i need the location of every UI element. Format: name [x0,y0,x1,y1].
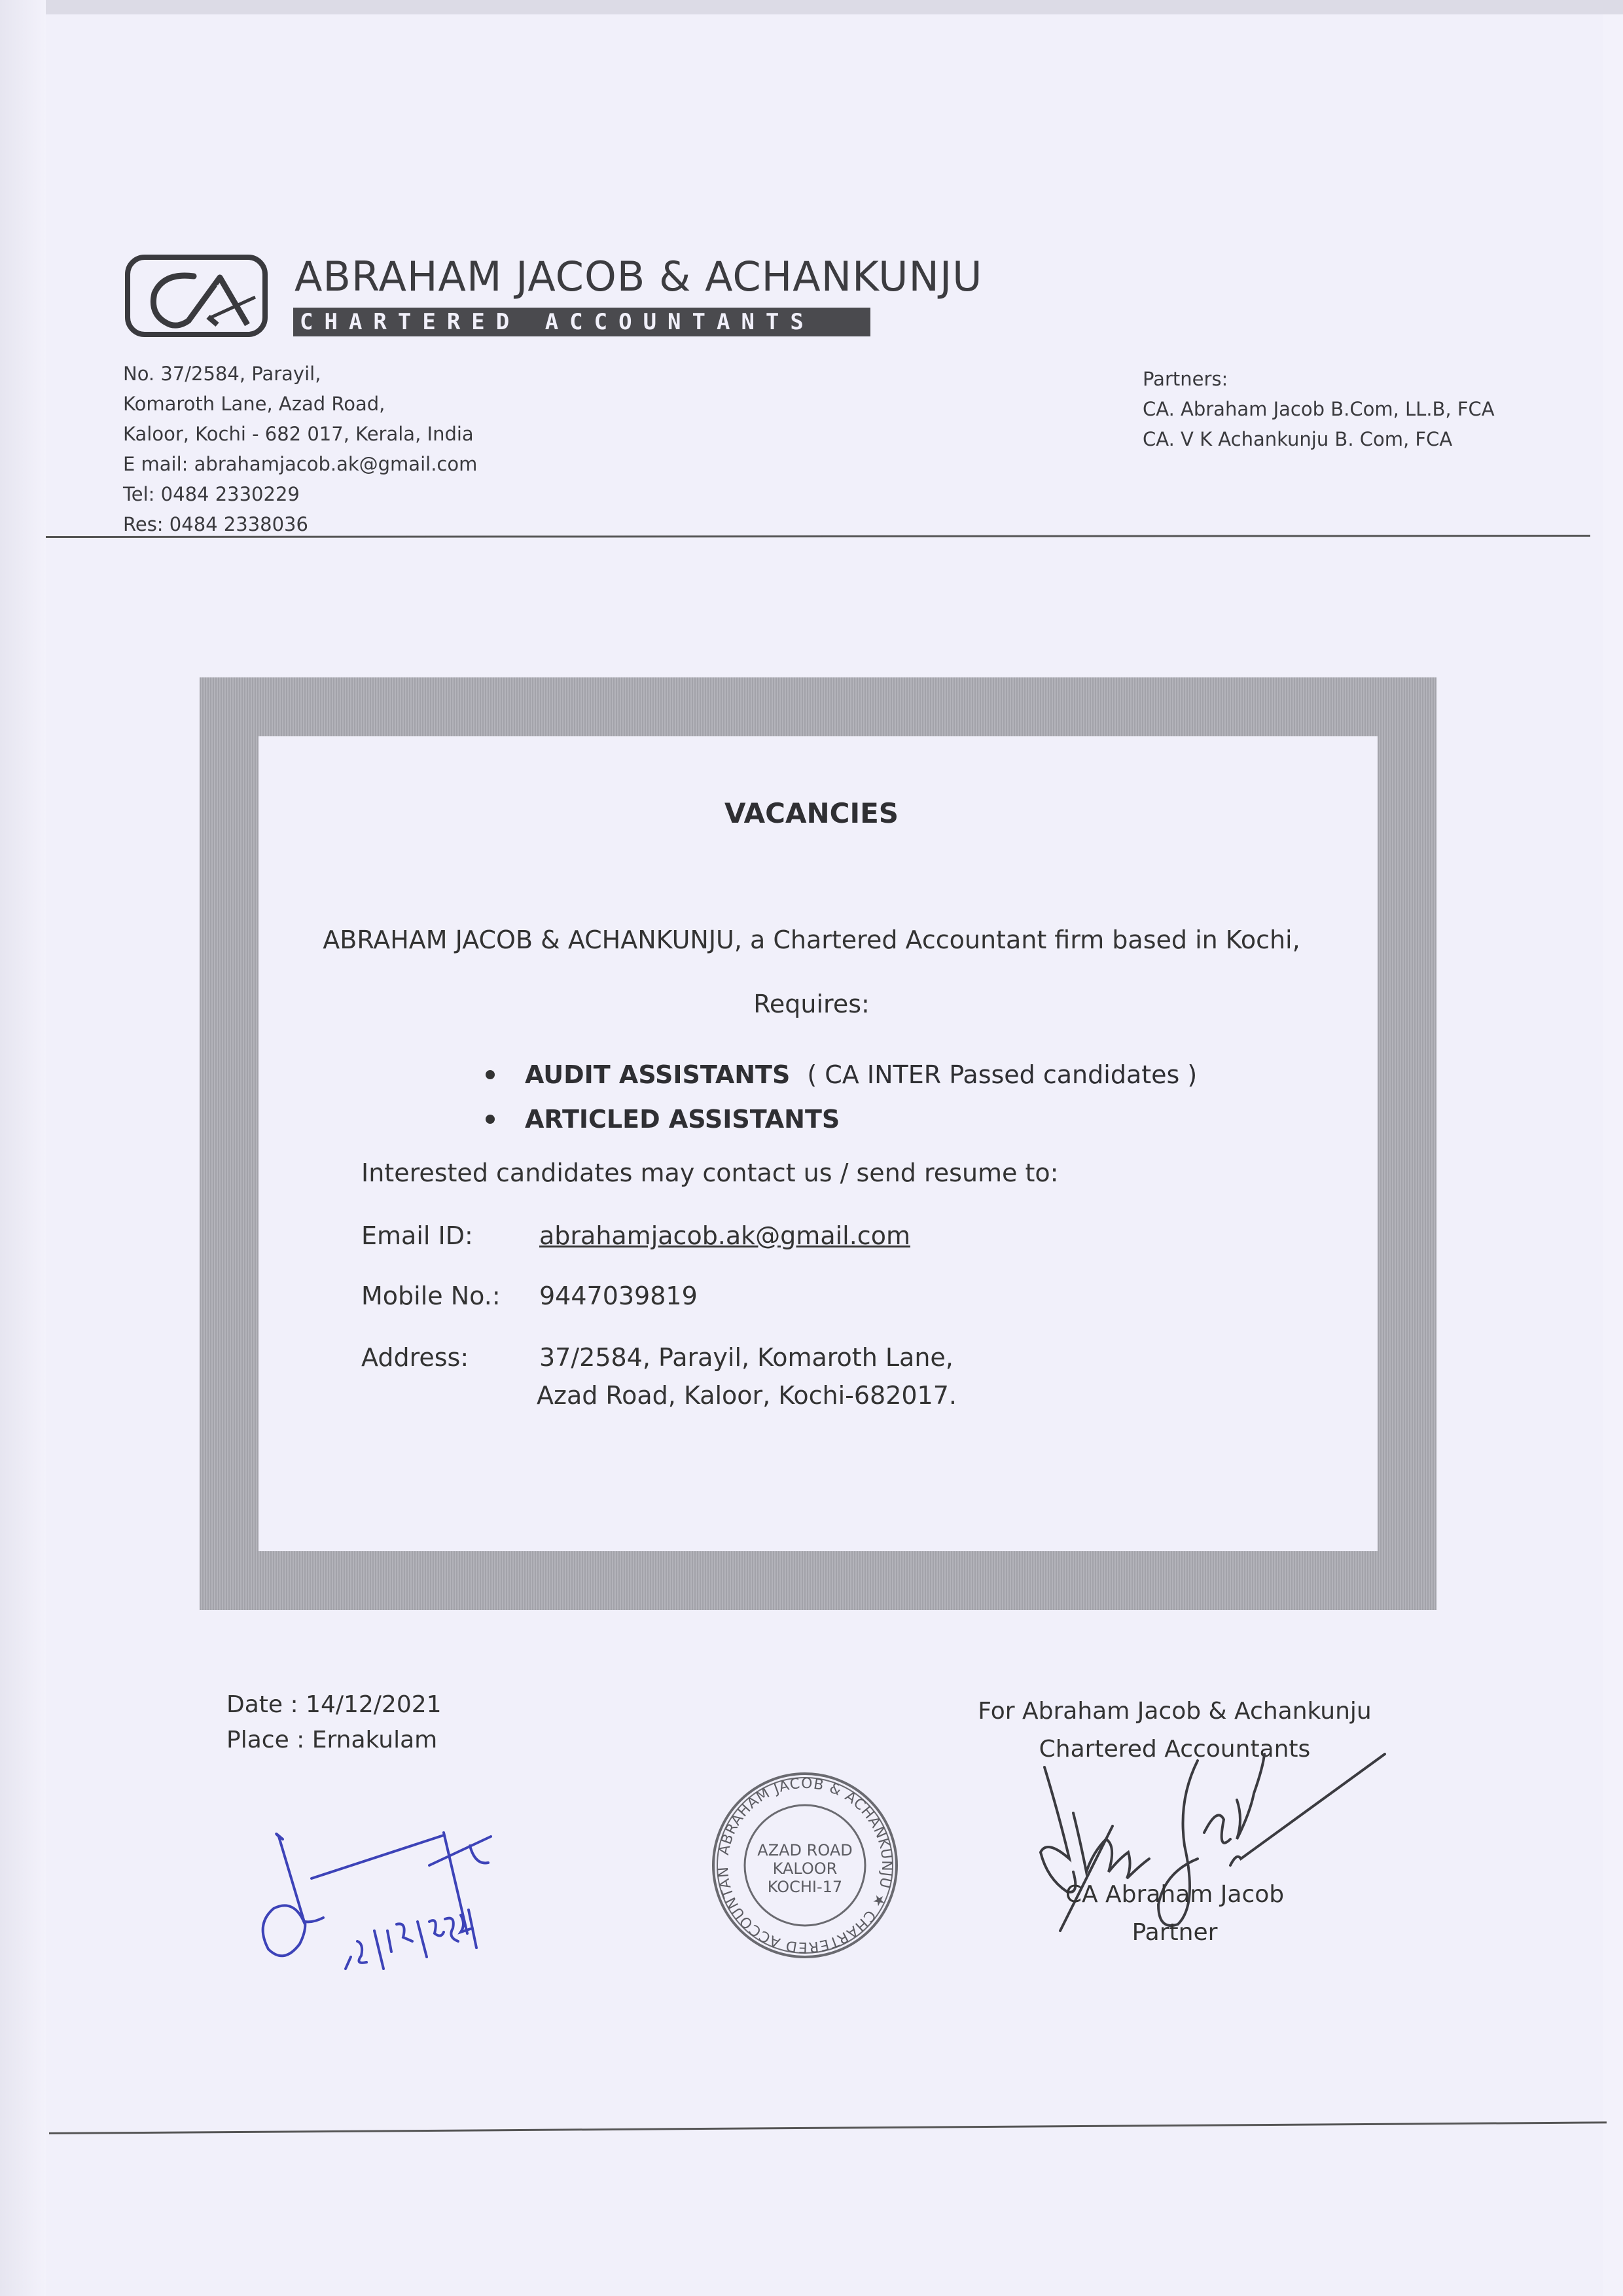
firm-name: ABRAHAM JACOB & ACHANKUNJU [294,253,983,300]
scan-edge-left [0,0,46,2296]
address-line: Kaloor, Kochi - 682 017, Kerala, India [123,419,477,449]
list-item: ARTICLED ASSISTANTS [486,1097,1197,1141]
letterhead-email: E mail: abrahamjacob.ak@gmail.com [123,449,477,479]
signatory-role: Partner [962,1914,1387,1952]
partners-label: Partners: [1143,364,1495,394]
handwritten-date: 15/12/2021 [236,1793,296,1796]
bullet-icon [486,1115,495,1124]
notice-requires: Requires: [0,990,1623,1018]
seal-line: AZAD ROAD [757,1841,852,1859]
address-line: Azad Road, Kaloor, Kochi-682017. [537,1381,957,1410]
list-item: AUDIT ASSISTANTS ( CA INTER Passed candi… [486,1052,1197,1097]
position-note: ( CA INTER Passed candidates ) [807,1060,1197,1089]
seal-line: KALOOR [773,1859,838,1878]
company-seal-icon: ABRAHAM JACOB & ACHANKUNJU ★ CHARTERED A… [707,1767,903,1964]
signatory-block: CA Abraham Jacob Partner [962,1876,1387,1952]
position-title: ARTICLED ASSISTANTS [525,1105,840,1134]
letterhead-tel: Tel: 0484 2330229 [123,479,477,509]
mobile-label: Mobile No.: [361,1282,501,1310]
handwritten-signature-icon: 15/12/2021 [236,1793,510,1977]
notice-title: VACANCIES [0,797,1623,829]
for-firm-line: For Abraham Jacob & Achankunju [962,1693,1387,1731]
address-line: 37/2584, Parayil, Komaroth Lane, [539,1343,954,1372]
address-label: Address: [361,1343,469,1372]
signatory-name: CA Abraham Jacob [962,1876,1387,1914]
email-label: Email ID: [361,1221,473,1250]
notice-panel [259,736,1378,1551]
letterhead-res: Res: 0484 2338036 [123,509,477,539]
place-line: Place : Ernakulam [226,1723,442,1758]
date-place-block: Date : 14/12/2021 Place : Ernakulam [226,1687,442,1758]
partners-block: Partners: CA. Abraham Jacob B.Com, LL.B,… [1143,364,1495,454]
partner-name: CA. V K Achankunju B. Com, FCA [1143,424,1495,454]
mobile-number: 9447039819 [539,1282,698,1310]
email-link[interactable]: abrahamjacob.ak@gmail.com [539,1221,910,1250]
position-title: AUDIT ASSISTANTS [525,1060,790,1089]
scan-edge-top [0,0,1623,14]
seal-line: KOCHI-17 [768,1878,842,1896]
positions-list: AUDIT ASSISTANTS ( CA INTER Passed candi… [486,1052,1197,1141]
contact-intro: Interested candidates may contact us / s… [361,1158,1058,1187]
ca-logo-icon [124,254,268,338]
letterhead-address: No. 37/2584, Parayil, Komaroth Lane, Aza… [123,359,477,539]
partner-name: CA. Abraham Jacob B.Com, LL.B, FCA [1143,394,1495,424]
address-line: No. 37/2584, Parayil, [123,359,477,389]
bullet-icon [486,1070,495,1079]
address-line: Komaroth Lane, Azad Road, [123,389,477,419]
notice-intro: ABRAHAM JACOB & ACHANKUNJU, a Chartered … [0,925,1623,954]
firm-tagline: CHARTERED ACCOUNTANTS [293,308,870,336]
date-line: Date : 14/12/2021 [226,1687,442,1723]
